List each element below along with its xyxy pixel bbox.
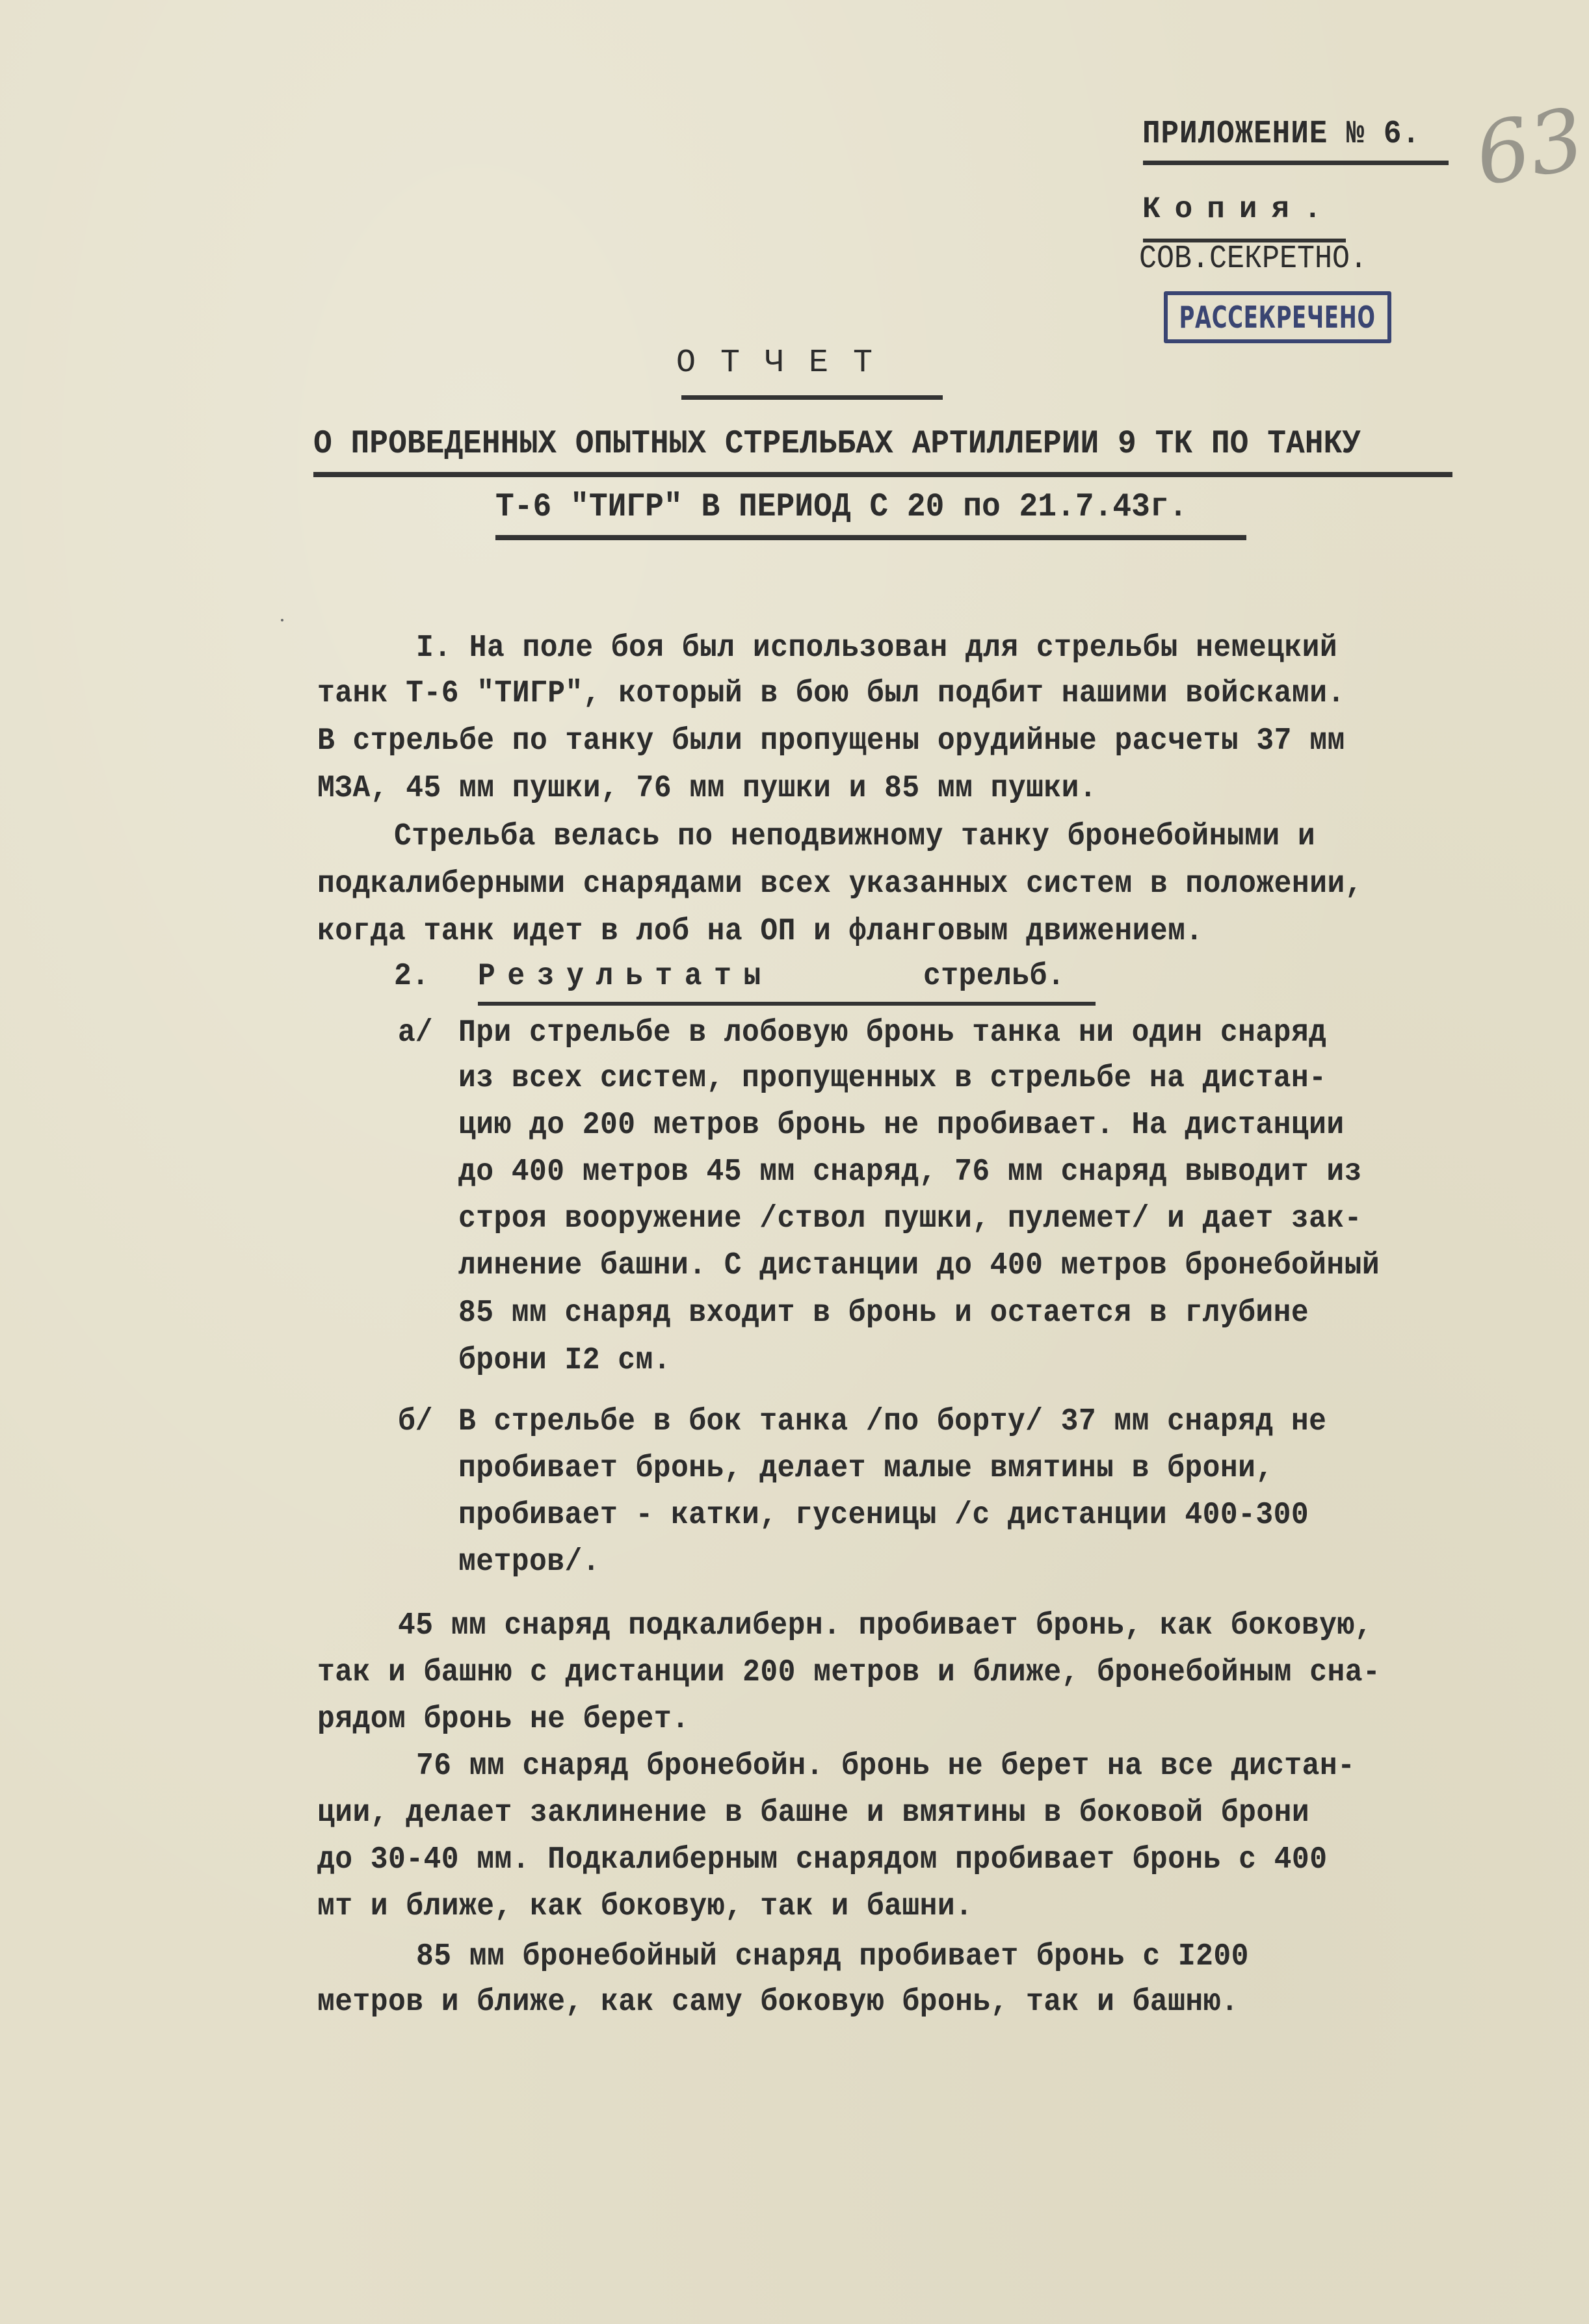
- subtitle-line1-underline: [313, 472, 1452, 477]
- section-2-heading-underline: [478, 1002, 1096, 1006]
- body-line: когда танк идет в лоб на ОП и фланговым …: [317, 914, 1203, 949]
- declassified-stamp-text: РАССЕКРЕЧЕНО: [1179, 300, 1376, 335]
- title-underline: [681, 395, 943, 400]
- body-line: подкалиберными снарядами всех указанных …: [317, 867, 1363, 902]
- body-line: I. На поле боя был использован для стрел…: [416, 631, 1337, 666]
- body-line: строя вооружение /ствол пушки, пулемет/ …: [458, 1201, 1362, 1236]
- copy-label: Копия.: [1142, 192, 1336, 226]
- document-subtitle-line1: О ПРОВЕДЕННЫХ ОПЫТНЫХ СТРЕЛЬБАХ АРТИЛЛЕР…: [313, 426, 1361, 463]
- section-2-heading-tail: стрельб.: [923, 959, 1065, 994]
- body-line: из всех систем, пропущенных в стрельбе н…: [458, 1061, 1326, 1096]
- section-2-number: 2.: [394, 959, 430, 994]
- subtitle-line2-underline: [495, 535, 1246, 540]
- body-line: танк Т-6 "ТИГР", который в бою был подби…: [317, 676, 1345, 711]
- body-line: ции, делает заклинение в башне и вмятины…: [317, 1795, 1309, 1831]
- handwritten-page-number: 63: [1468, 89, 1589, 205]
- classification-label: СОВ.СЕКРЕТНО.: [1139, 241, 1367, 278]
- declassified-stamp: РАССЕКРЕЧЕНО: [1164, 291, 1391, 343]
- body-line: 45 мм снаряд подкалиберн. пробивает брон…: [398, 1608, 1372, 1643]
- body-line: В стрельбе в бок танка /по борту/ 37 мм …: [458, 1404, 1326, 1439]
- body-line: пробивает бронь, делает малые вмятины в …: [458, 1451, 1274, 1486]
- item-b-marker: б/: [398, 1404, 433, 1439]
- body-line: При стрельбе в лобовую бронь танка ни од…: [458, 1015, 1326, 1051]
- item-a-marker: а/: [398, 1015, 433, 1051]
- body-line: В стрельбе по танку были пропущены оруди…: [317, 724, 1345, 759]
- ink-speck: [281, 619, 283, 621]
- appendix-underline: [1143, 161, 1449, 165]
- document-subtitle-line2: Т-6 "ТИГР" В ПЕРИОД С 20 по 21.7.43г.: [495, 489, 1187, 526]
- body-line: Стрельба велась по неподвижному танку бр…: [394, 819, 1315, 854]
- body-line: 85 мм бронебойный снаряд пробивает бронь…: [416, 1939, 1249, 1974]
- body-line: до 30-40 мм. Подкалиберным снарядом проб…: [317, 1842, 1327, 1877]
- body-line: 76 мм снаряд бронебойн. бронь не берет н…: [416, 1749, 1355, 1784]
- document-title: ОТЧЕТ: [676, 345, 897, 382]
- body-line: 85 мм снаряд входит в бронь и остается в…: [458, 1296, 1309, 1331]
- body-line: брони I2 см.: [458, 1343, 671, 1378]
- body-line: метров/.: [458, 1545, 600, 1580]
- body-line: цию до 200 метров бронь не пробивает. На…: [458, 1108, 1345, 1143]
- body-line: МЗА, 45 мм пушки, 76 мм пушки и 85 мм пу…: [317, 771, 1097, 806]
- body-line: так и башню с дистанции 200 метров и бли…: [317, 1655, 1380, 1690]
- body-line: пробивает - катки, гусеницы /с дистанции…: [458, 1498, 1309, 1533]
- body-line: до 400 метров 45 мм снаряд, 76 мм снаряд…: [458, 1155, 1362, 1190]
- appendix-label: ПРИЛОЖЕНИЕ № 6.: [1142, 116, 1421, 153]
- body-line: мт и ближе, как боковую, так и башни.: [317, 1889, 973, 1924]
- section-2-heading-spaced: Результаты: [478, 959, 773, 994]
- body-line: метров и ближе, как саму боковую бронь, …: [317, 1985, 1239, 2020]
- body-line: линение башни. С дистанции до 400 метров…: [458, 1248, 1380, 1283]
- body-line: рядом бронь не берет.: [317, 1702, 689, 1737]
